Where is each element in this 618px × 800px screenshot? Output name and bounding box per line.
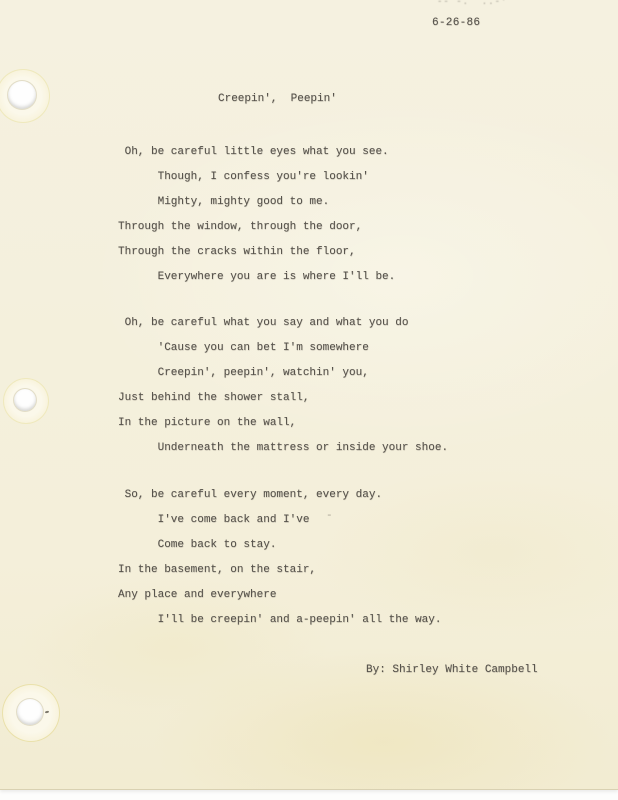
lyric-line: Just behind the shower stall, bbox=[118, 386, 448, 411]
lyric-line: Mighty, mighty good to me. bbox=[118, 190, 395, 215]
lyric-line: In the picture on the wall, bbox=[118, 411, 448, 436]
lyric-line: Any place and everywhere bbox=[118, 583, 441, 608]
lyric-line: I'll be creepin' and a-peepin' all the w… bbox=[118, 608, 441, 633]
faint-typo-mark: - bbox=[326, 509, 333, 523]
lyric-line: Underneath the mattress or inside your s… bbox=[118, 436, 448, 461]
lyric-line: Though, I confess you're lookin' bbox=[118, 165, 395, 190]
lyric-line: Creepin', peepin', watchin' you, bbox=[118, 361, 448, 386]
lyric-line: Through the window, through the door, bbox=[118, 215, 395, 240]
lyric-line: In the basement, on the stair, bbox=[118, 558, 441, 583]
lyric-line: 'Cause you can bet I'm somewhere bbox=[118, 336, 448, 361]
song-title: Creepin', Peepin' bbox=[218, 92, 337, 106]
stanza-2: Oh, be careful what you say and what you… bbox=[118, 311, 448, 461]
lyric-line: Oh, be careful little eyes what you see. bbox=[118, 140, 395, 165]
stanza-3: So, be careful every moment, every day. … bbox=[118, 483, 441, 633]
date-stamp: 6-26-86 bbox=[432, 16, 480, 30]
paper-sheet: -- -. ..-' 6-26-86 Creepin', Peepin' Oh,… bbox=[0, 0, 618, 790]
hole-punch-top bbox=[8, 81, 36, 109]
lyric-line: Through the cracks within the floor, bbox=[118, 240, 395, 265]
top-edge-smudge: -- -. ..-' bbox=[437, 0, 507, 7]
lyric-line: Oh, be careful what you say and what you… bbox=[118, 311, 448, 336]
stanza-1: Oh, be careful little eyes what you see.… bbox=[118, 140, 395, 290]
lyric-line: Come back to stay. bbox=[118, 533, 441, 558]
lyric-line: Everywhere you are is where I'll be. bbox=[118, 265, 395, 290]
hole-punch-middle bbox=[14, 389, 36, 411]
lyric-line: I've come back and I've bbox=[118, 508, 441, 533]
hole-punch-bottom bbox=[17, 699, 43, 725]
author-byline: By: Shirley White Campbell bbox=[366, 663, 538, 677]
lyric-line: So, be careful every moment, every day. bbox=[118, 483, 441, 508]
